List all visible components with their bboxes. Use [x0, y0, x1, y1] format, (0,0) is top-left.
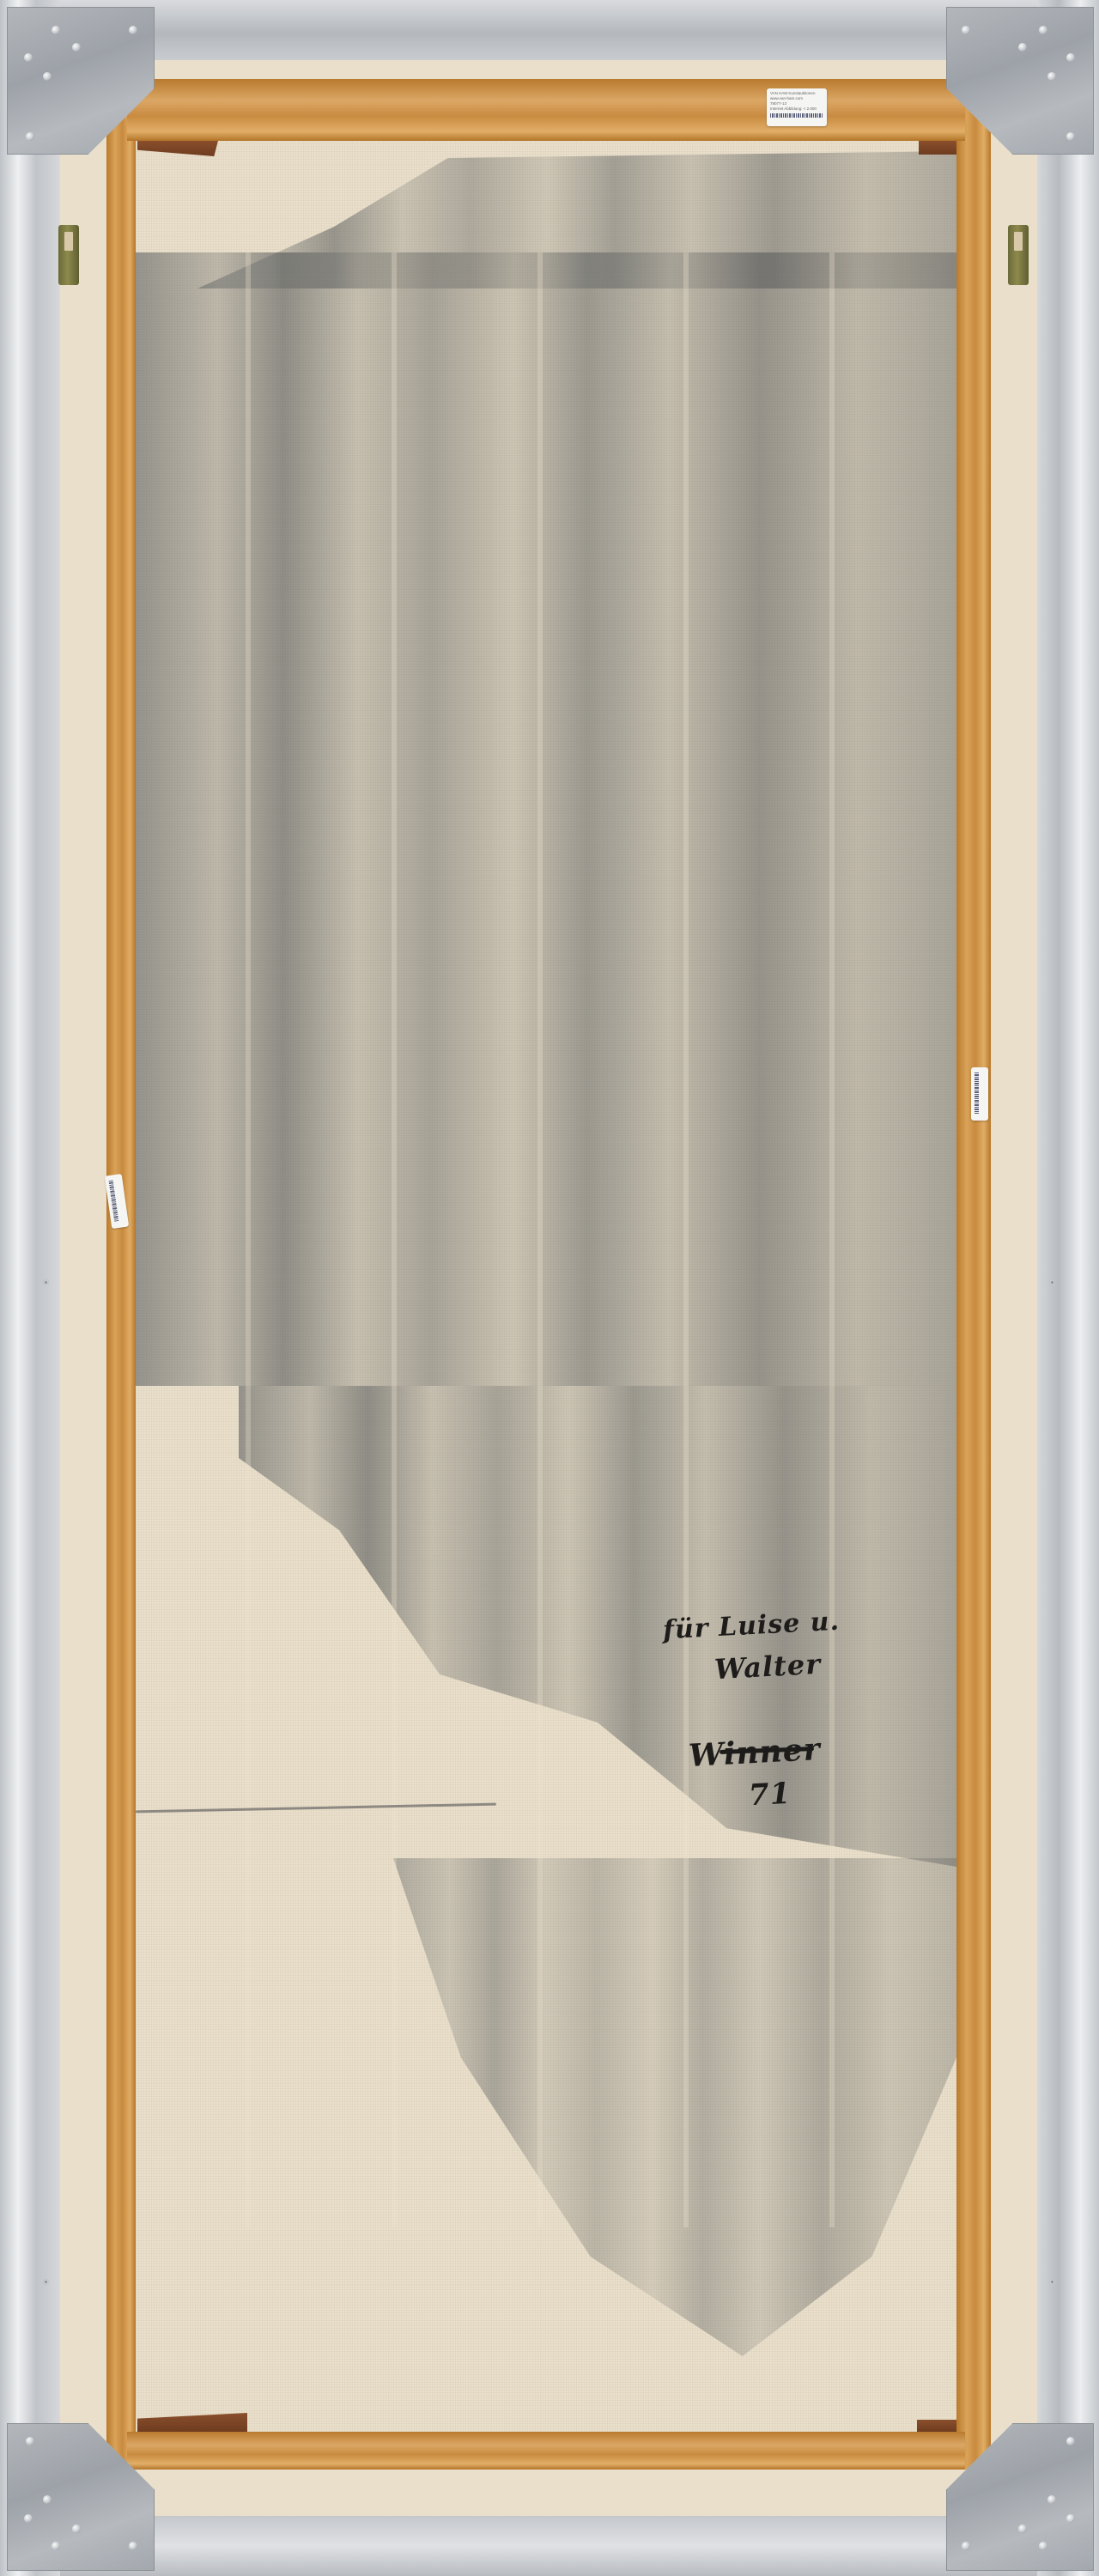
screw-icon [1018, 43, 1027, 52]
screw-icon [72, 43, 81, 52]
screw-icon [1047, 2495, 1056, 2504]
screw-icon [1066, 2437, 1075, 2445]
frame-bottom-rail [0, 2516, 1099, 2576]
stretcher-bar-left [106, 79, 136, 2470]
screw-icon [52, 26, 60, 34]
vertical-stripe-pattern [136, 252, 956, 2227]
screw-icon [962, 26, 970, 34]
screw-icon [1047, 72, 1056, 81]
frame-screw-hole [1049, 1279, 1055, 1285]
frame-right-rail [1037, 0, 1099, 2576]
screw-icon [1018, 2524, 1027, 2533]
screw-icon [1039, 26, 1047, 34]
screw-icon [1066, 53, 1075, 62]
barcode-icon [975, 1072, 979, 1114]
screw-icon [1039, 2542, 1047, 2550]
screw-icon [1066, 132, 1075, 141]
signature-year: 71 [748, 1777, 792, 1814]
stretcher-bar-top [127, 79, 965, 141]
frame-top-rail [0, 0, 1099, 60]
stretcher-wedge-bottom-right [917, 2420, 956, 2432]
frame-screw-hole [1049, 2279, 1055, 2285]
bracket-slot [64, 232, 73, 251]
screw-icon [26, 132, 34, 141]
screw-icon [24, 2514, 33, 2523]
screw-icon [1066, 2514, 1075, 2523]
frame-screw-hole [43, 1279, 49, 1285]
inscription-dedication-line2: Walter [713, 1648, 822, 1686]
screw-icon [52, 2542, 60, 2550]
barcode-icon [109, 1180, 119, 1221]
screw-icon [129, 26, 137, 34]
stretcher-bar-bottom [127, 2432, 965, 2470]
auction-label: VAN HAM Kunstauktionen www.van-ham.com 7… [767, 88, 827, 126]
frame-screw-hole [43, 2279, 49, 2285]
bracket-slot [1014, 232, 1023, 251]
canvas-back [136, 141, 956, 2432]
screw-icon [26, 2437, 34, 2445]
stretcher-bar-right [956, 79, 991, 2470]
barcode-label-right [971, 1067, 988, 1121]
stretcher-wedge-top-right [919, 141, 956, 155]
barcode-icon [770, 113, 823, 118]
artist-signature: Winner [688, 1731, 822, 1774]
hanging-bracket-left [58, 225, 79, 285]
auction-label-note: Internet Abbildung: < 2.000 [770, 106, 823, 112]
screw-icon [129, 2542, 137, 2550]
frame-left-rail [0, 0, 60, 2576]
hanging-bracket-right [1008, 225, 1029, 285]
screw-icon [43, 2495, 52, 2504]
screw-icon [24, 53, 33, 62]
screw-icon [962, 2542, 970, 2550]
screw-icon [72, 2524, 81, 2533]
screw-icon [43, 72, 52, 81]
